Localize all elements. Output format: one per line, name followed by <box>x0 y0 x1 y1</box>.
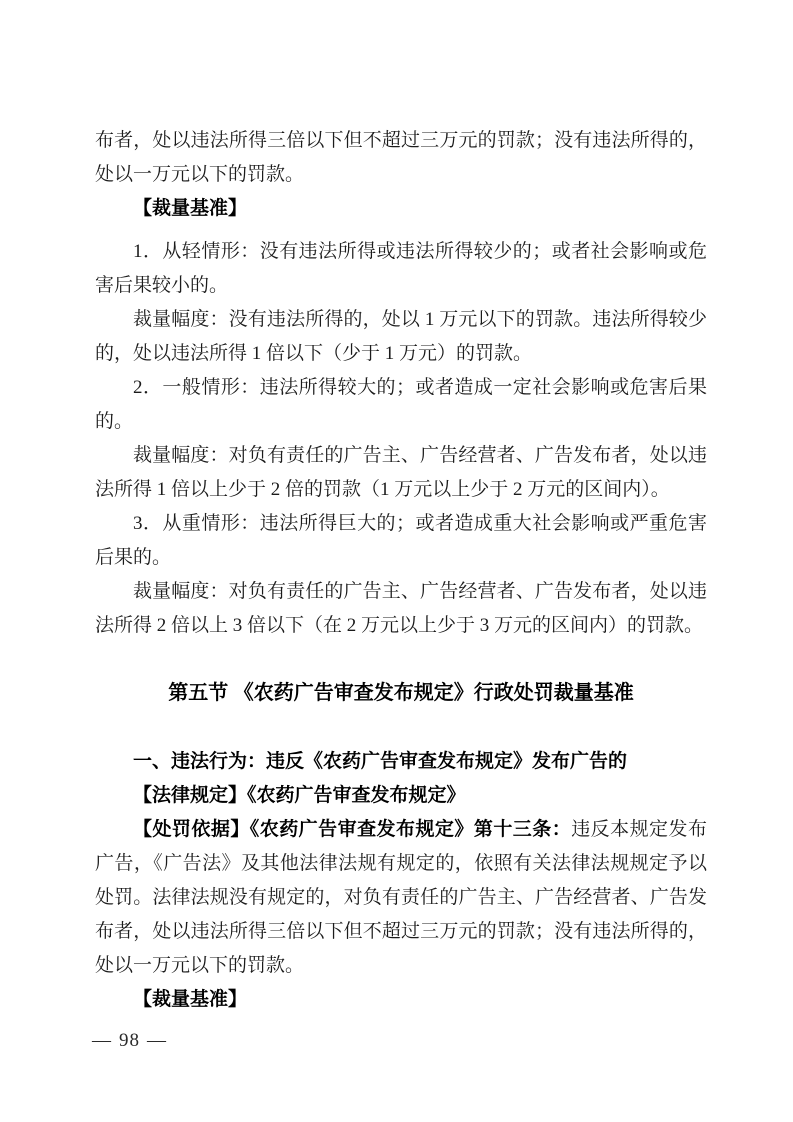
section-heading: 第五节 《农药广告审查发布规定》行政处罚裁量基准 <box>95 676 707 710</box>
discretion-standard-label-1: 【裁量基准】 <box>95 192 707 226</box>
penalty-basis-paragraph: 【处罚依据】《农药广告审查发布规定》第十三条：违反本规定发布广告，《广告法》及其… <box>95 813 707 983</box>
item-heavy-range: 裁量幅度：对负有责任的广告主、广告经营者、广告发布者，处以违法所得 2 倍以上 … <box>95 575 707 643</box>
document-page: 布者，处以违法所得三倍以下但不超过三万元的罚款；没有违法所得的，处以一万元以下的… <box>0 0 793 1122</box>
document-body: 布者，处以违法所得三倍以下但不超过三万元的罚款；没有违法所得的，处以一万元以下的… <box>95 124 707 1017</box>
penalty-basis-text: 违反本规定发布广告，《广告法》及其他法律法规有规定的，依照有关法律法规规定予以处… <box>95 819 707 976</box>
item-heavy-circumstance: 3．从重情形：违法所得巨大的；或者造成重大社会影响或严重危害后果的。 <box>95 507 707 575</box>
item-general-circumstance: 2．一般情形：违法所得较大的；或者造成一定社会影响或危害后果的。 <box>95 371 707 439</box>
footer-dash-right: — <box>147 1030 167 1051</box>
legal-provision-line: 【法律规定】《农药广告审查发布规定》 <box>95 779 707 813</box>
footer-dash-left: — <box>92 1030 112 1051</box>
page-number: 98 <box>119 1030 140 1051</box>
discretion-standard-label-2: 【裁量基准】 <box>95 983 707 1017</box>
item-light-circumstance: 1．从轻情形：没有违法所得或违法所得较少的；或者社会影响或危害后果较小的。 <box>95 235 707 303</box>
violation-act-heading: 一、违法行为：违反《农药广告审查发布规定》发布广告的 <box>95 745 707 779</box>
item-general-range: 裁量幅度：对负有责任的广告主、广告经营者、广告发布者，处以违法所得 1 倍以上少… <box>95 439 707 507</box>
page-number-footer: —98— <box>92 1028 167 1054</box>
item-light-range: 裁量幅度：没有违法所得的，处以 1 万元以下的罚款。违法所得较少的，处以违法所得… <box>95 303 707 371</box>
penalty-basis-label: 【处罚依据】《农药广告审查发布规定》第十三条： <box>133 819 571 840</box>
paragraph-continuation: 布者，处以违法所得三倍以下但不超过三万元的罚款；没有违法所得的，处以一万元以下的… <box>95 124 707 192</box>
